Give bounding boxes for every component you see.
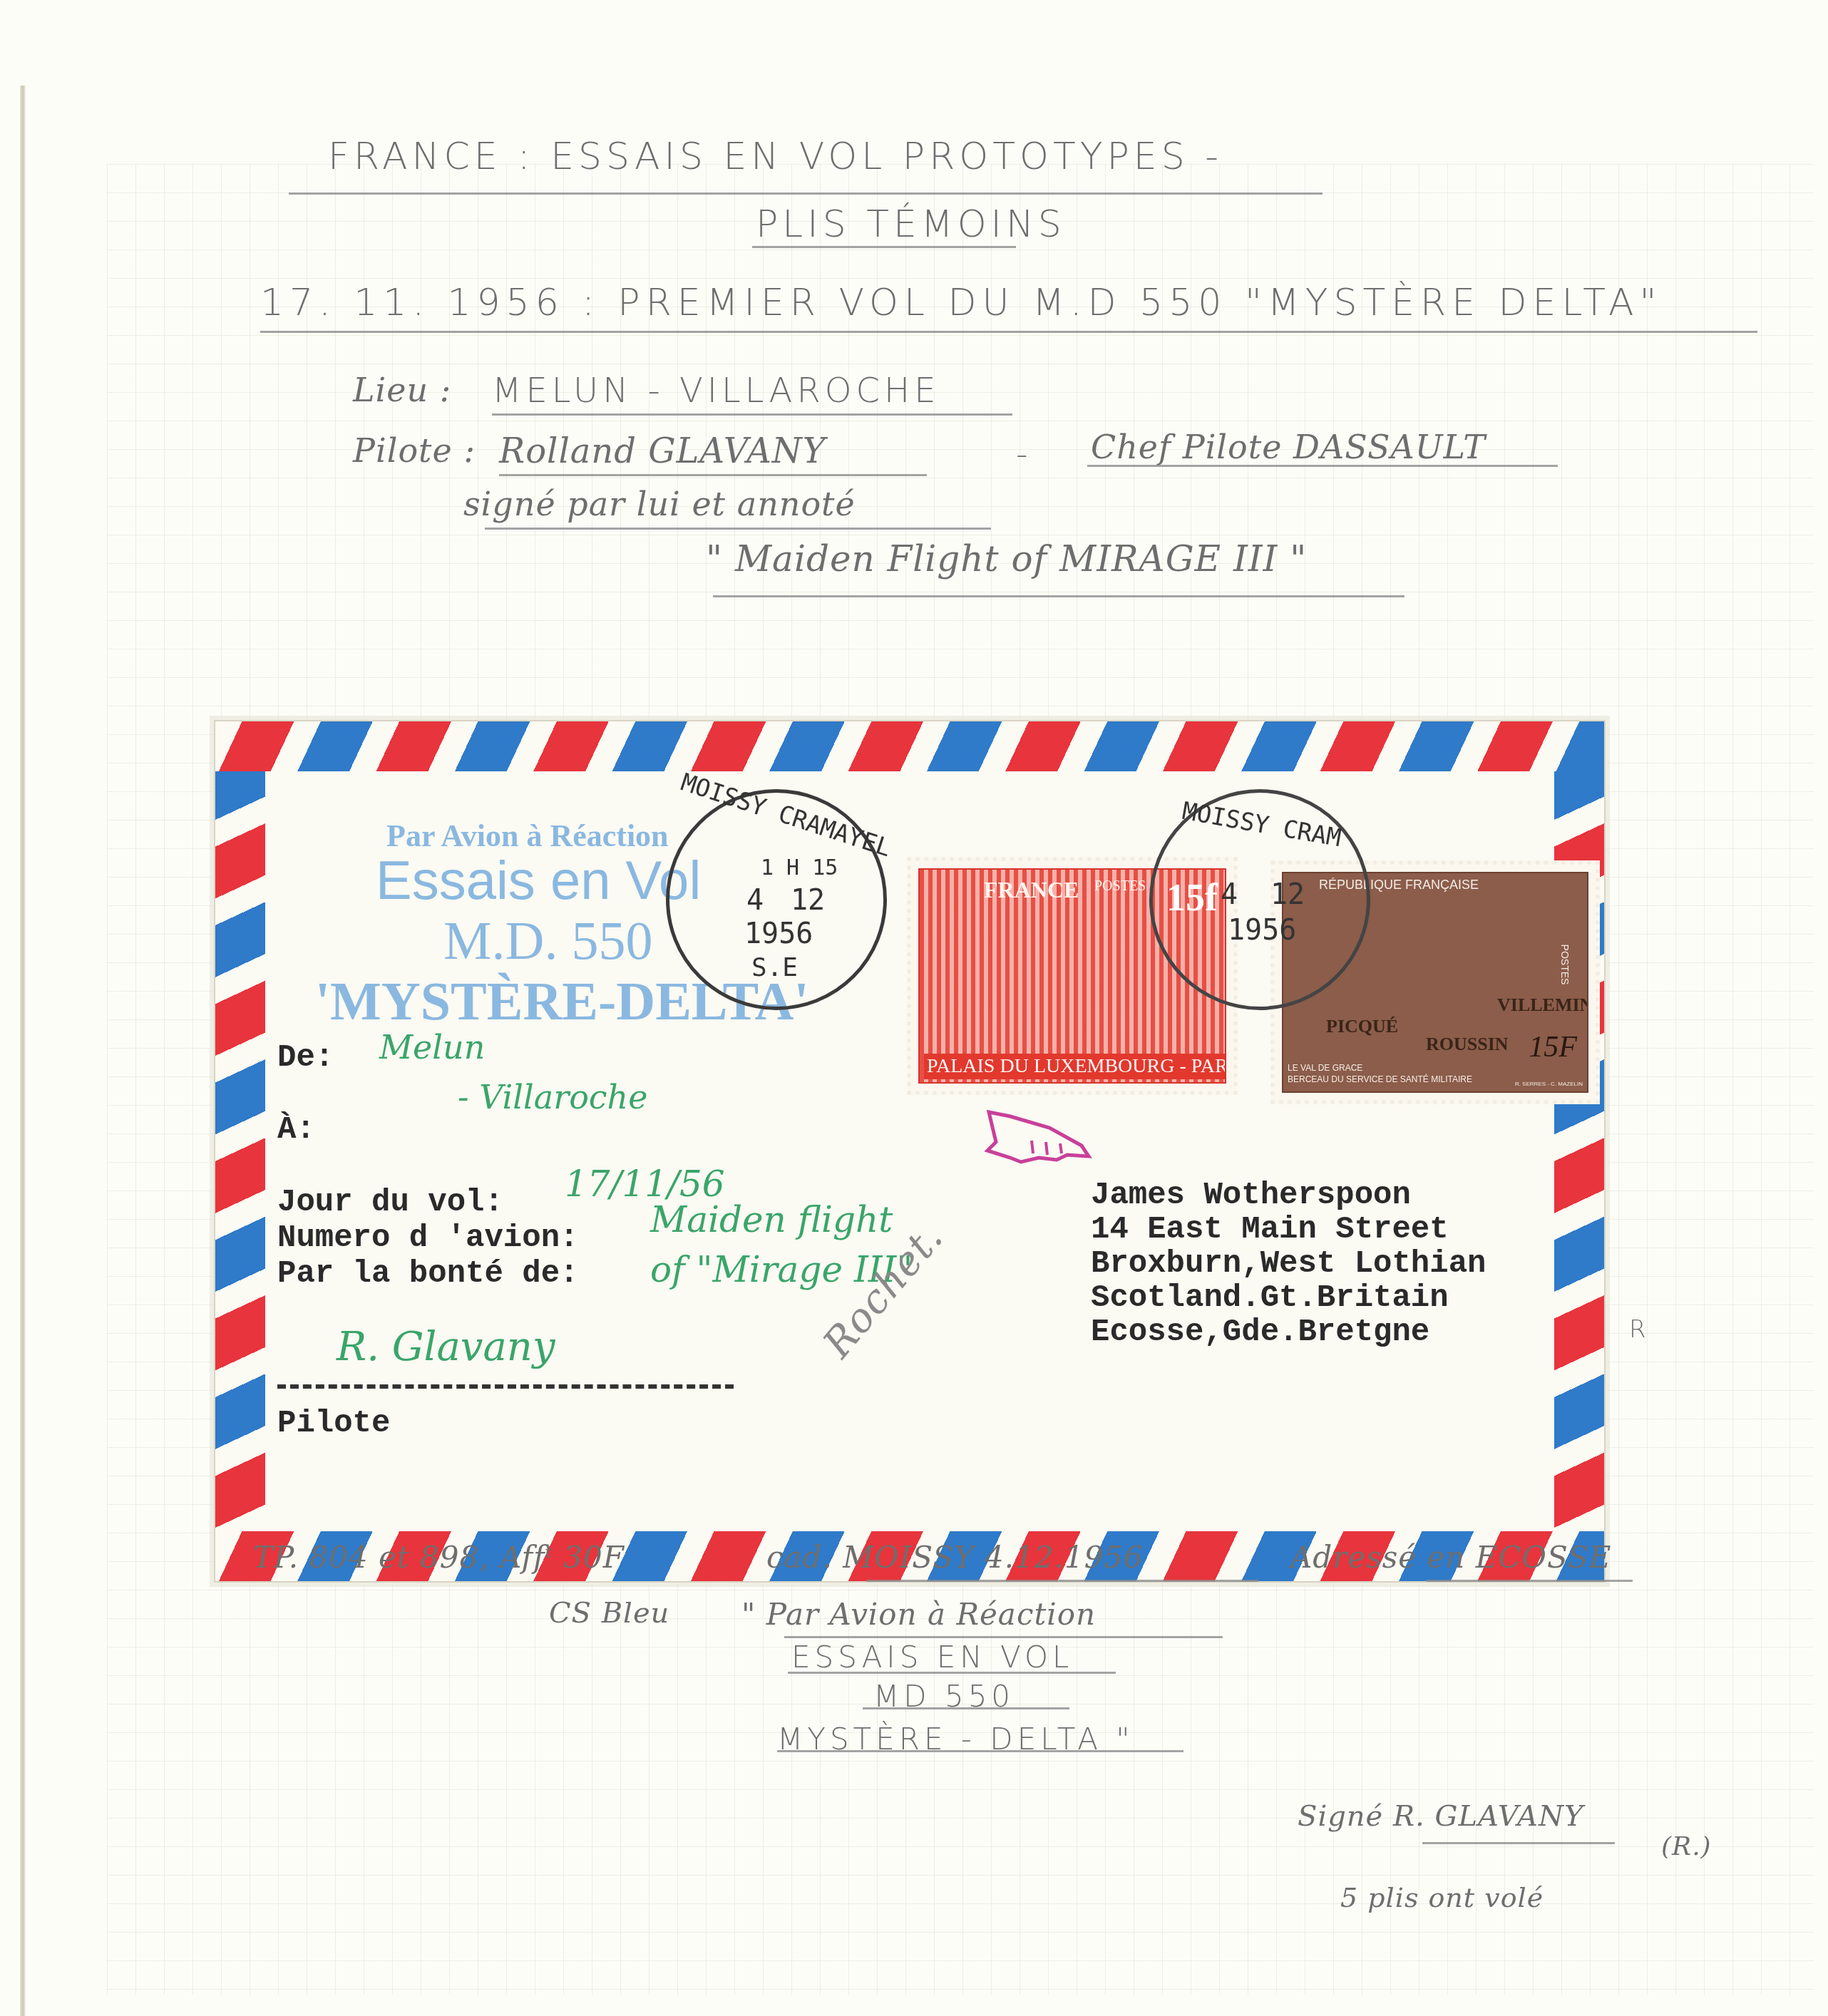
postmark-1-town: MOISSY CRAMAYEL — [677, 768, 894, 863]
annotation-line: signé par lui et annoté — [463, 485, 856, 523]
note-line-3: ESSAIS EN VOL — [791, 1640, 1074, 1675]
pilote-dash: - — [1016, 435, 1032, 473]
note-line-1a: TP. 804 et 898, Affᵗ 30F — [253, 1540, 625, 1575]
postmark-1-time: 1 H 15 — [761, 855, 838, 880]
title-line-1: FRANCE : ESSAIS EN VOL PROTOTYPES - — [328, 135, 1223, 178]
airmail-border-top — [215, 721, 1604, 771]
note-line-2-underline — [784, 1636, 1223, 1638]
postmark-moissy-2: MOISSY CRAM 4 12 1956 — [1149, 789, 1370, 1010]
stamp-2-engraver: R. SERRES - C. MAZELIN — [1515, 1081, 1583, 1087]
note-line-1b: cad. MOISSY 4.12.1956 — [766, 1540, 1144, 1575]
note-plis-count: 5 plis ont volé — [1340, 1882, 1544, 1913]
postmark-2-year: 1956 — [1228, 914, 1296, 947]
lieu-value: MELUN - VILLAROCHE — [492, 371, 940, 411]
pilote-value: Rolland GLAVANY — [499, 431, 826, 471]
registered-mark: R — [1629, 1315, 1646, 1344]
pilote-underline — [499, 474, 927, 476]
note-line-4-underline — [863, 1707, 1069, 1709]
cachet-line-1: Par Avion à Réaction — [386, 818, 669, 854]
form-de-value-1: Melun — [379, 1028, 485, 1066]
postmark-2-month: 12 — [1270, 878, 1305, 911]
form-a-label: À: — [277, 1112, 315, 1148]
form-bonte-label: Par la bonté de: — [277, 1256, 578, 1292]
postmark-moissy-1: MOISSY CRAMAYEL 1 H 15 4 12 1956 S.E — [666, 789, 887, 1010]
form-de-value-2: - Villaroche — [458, 1078, 647, 1116]
stamp-2-name-villemin: VILLEMIN — [1497, 994, 1588, 1016]
title-line-2: PLIS TÉMOINS — [756, 203, 1066, 246]
note-signed: Signé R. GLAVANY — [1298, 1800, 1583, 1833]
postmark-1-day: 4 — [746, 884, 764, 917]
form-jour-label: Jour du vol: — [277, 1185, 503, 1220]
stamp-1-postes: POSTES — [1094, 878, 1146, 895]
address-line-1: James Wotherspoon — [1091, 1178, 1411, 1213]
airmail-envelope: Par Avion à Réaction Essais en Vol M.D. … — [214, 720, 1606, 1583]
form-signature-line — [277, 1384, 734, 1389]
address-line-4: Scotland.Gt.Britain — [1091, 1280, 1449, 1316]
title-underline-2 — [752, 246, 1016, 248]
note-line-2b: " Par Avion à Réaction — [741, 1597, 1096, 1632]
lieu-label: Lieu : — [353, 371, 451, 409]
note-line-1c-underline — [1426, 1580, 1633, 1582]
quote-line: " Maiden Flight of MIRAGE III " — [706, 538, 1307, 580]
form-pilote-label: Pilote — [277, 1406, 390, 1441]
quote-underline — [713, 595, 1405, 597]
stamp-2-value: 15F — [1529, 1030, 1577, 1064]
postmark-1-month: 12 — [791, 884, 825, 917]
postmark-2-day: 4 — [1221, 878, 1238, 911]
stamp-1-caption: PALAIS DU LUXEMBOURG - PARIS — [924, 1054, 1226, 1079]
stamp-2-caption-1: LE VAL DE GRACE — [1288, 1063, 1362, 1073]
title-underline-1 — [289, 192, 1323, 195]
stamp-2-postes: POSTES — [1560, 945, 1571, 985]
pilote-label: Pilote : — [353, 431, 476, 470]
postmark-1-year: 1956 — [744, 917, 813, 950]
postmark-2-town: MOISSY CRAM — [1180, 797, 1343, 853]
note-signed-underline — [1422, 1842, 1615, 1844]
stamp-2-name-picque: PICQUÉ — [1326, 1016, 1398, 1037]
note-signed-suffix: (R.) — [1661, 1832, 1712, 1861]
pilote-role-underline — [1087, 465, 1558, 467]
form-de-label: De: — [277, 1040, 334, 1076]
postmark-1-dept: S.E — [751, 953, 798, 982]
cachet-line-2: Essais en Vol — [376, 850, 701, 912]
event-underline — [260, 331, 1757, 333]
form-numero-label: Numero d 'avion: — [277, 1220, 578, 1256]
cachet-line-3: M.D. 550 — [443, 910, 652, 972]
note-line-1c: Adressé en ECOSSE — [1290, 1540, 1611, 1575]
stamp-2-caption-2: BERCEAU DU SERVICE DE SANTÉ MILITAIRE — [1288, 1074, 1472, 1084]
lieu-underline — [492, 413, 1012, 416]
pilote-role: Chef Pilote DASSAULT — [1091, 428, 1486, 466]
annotation-underline — [485, 528, 991, 530]
stamp-2-name-roussin: ROUSSIN — [1426, 1034, 1509, 1055]
form-numero-value: Maiden flight — [650, 1199, 893, 1240]
page-binding-edge — [20, 86, 26, 2016]
airmail-border-left — [215, 771, 265, 1531]
note-line-3-underline — [788, 1672, 1116, 1674]
event-line: 17. 11. 1956 : PREMIER VOL DU M.D 550 "M… — [260, 282, 1663, 324]
note-line-1b-underline — [866, 1580, 1258, 1582]
note-line-2a: CS Bleu — [549, 1597, 669, 1630]
stamp-1-country: FRANCE — [984, 877, 1079, 903]
pointing-hand-icon — [982, 1106, 1096, 1171]
form-pilot-signature: R. Glavany — [337, 1324, 555, 1370]
address-line-2: 14 East Main Street — [1091, 1212, 1449, 1248]
address-line-3: Broxburn,West Lothian — [1091, 1246, 1486, 1282]
note-line-5-underline — [777, 1750, 1183, 1752]
address-line-5: Ecosse,Gde.Bretgne — [1091, 1315, 1429, 1350]
